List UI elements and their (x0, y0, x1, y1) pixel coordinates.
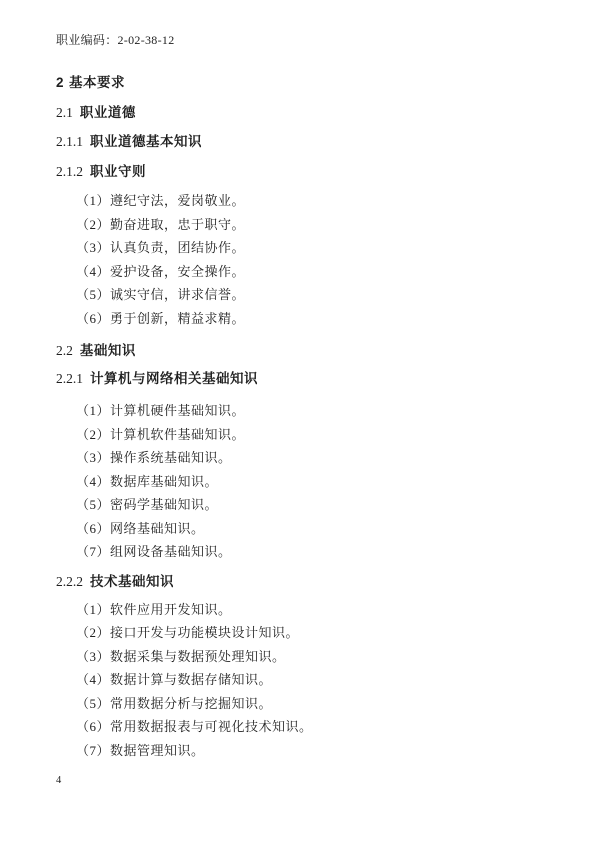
subsection-number: 2.2.1 (56, 371, 83, 386)
list-item: （7）组网设备基础知识。 (56, 540, 560, 564)
subsection-number: 2.1.2 (56, 164, 83, 179)
chapter-number: 2 (56, 75, 64, 90)
list-item: （6）常用数据报表与可视化技术知识。 (56, 715, 560, 739)
subsection-title: 技术基础知识 (90, 574, 174, 589)
list-item: （1）计算机硬件基础知识。 (56, 399, 560, 423)
list-item: （5）密码学基础知识。 (56, 493, 560, 517)
list-item: （6）网络基础知识。 (56, 517, 560, 541)
document-page: 职业编码：2-02-38-12 2基本要求 2.1职业道德 2.1.1职业道德基… (0, 0, 600, 848)
occupation-code: 职业编码：2-02-38-12 (56, 33, 560, 48)
section-heading-2-1: 2.1职业道德 (56, 104, 560, 121)
list-item: （3）认真负责，团结协作。 (56, 236, 560, 260)
section-heading-2-2: 2.2基础知识 (56, 342, 560, 359)
list-item: （4）数据库基础知识。 (56, 470, 560, 494)
list-item: （5）常用数据分析与挖掘知识。 (56, 692, 560, 716)
section-title: 基础知识 (80, 343, 136, 358)
subsection-heading-2-1-1: 2.1.1职业道德基本知识 (56, 133, 560, 150)
list-item: （3）操作系统基础知识。 (56, 446, 560, 470)
subsection-title: 计算机与网络相关基础知识 (90, 371, 258, 386)
page-number: 4 (56, 775, 61, 786)
list-item: （2）接口开发与功能模块设计知识。 (56, 621, 560, 645)
list-item: （4）爱护设备，安全操作。 (56, 260, 560, 284)
list-item: （1）软件应用开发知识。 (56, 598, 560, 622)
section-title: 职业道德 (80, 105, 136, 120)
list-item: （3）数据采集与数据预处理知识。 (56, 645, 560, 669)
list-item: （1）遵纪守法，爱岗敬业。 (56, 189, 560, 213)
subsection-number: 2.1.1 (56, 134, 83, 149)
subsection-heading-2-2-2: 2.2.2技术基础知识 (56, 573, 560, 590)
section-number: 2.1 (56, 105, 73, 120)
section-number: 2.2 (56, 343, 73, 358)
subsection-heading-2-2-1: 2.2.1计算机与网络相关基础知识 (56, 370, 560, 387)
subsection-title: 职业道德基本知识 (90, 134, 202, 149)
subsection-title: 职业守则 (90, 164, 146, 179)
subsection-heading-2-1-2: 2.1.2职业守则 (56, 163, 560, 180)
list-item: （6）勇于创新，精益求精。 (56, 307, 560, 331)
subsection-number: 2.2.2 (56, 574, 83, 589)
list-item: （2）勤奋进取，忠于职守。 (56, 213, 560, 237)
list-item: （7）数据管理知识。 (56, 739, 560, 763)
chapter-heading: 2基本要求 (56, 74, 560, 91)
list-item: （2）计算机软件基础知识。 (56, 423, 560, 447)
list-item: （5）诚实守信，讲求信誉。 (56, 283, 560, 307)
list-item: （4）数据计算与数据存储知识。 (56, 668, 560, 692)
technical-knowledge-list: （1）软件应用开发知识。（2）接口开发与功能模块设计知识。（3）数据采集与数据预… (56, 598, 560, 763)
professional-rules-list: （1）遵纪守法，爱岗敬业。（2）勤奋进取，忠于职守。（3）认真负责，团结协作。（… (56, 189, 560, 330)
chapter-title: 基本要求 (69, 75, 125, 90)
computer-network-knowledge-list: （1）计算机硬件基础知识。（2）计算机软件基础知识。（3）操作系统基础知识。（4… (56, 399, 560, 564)
